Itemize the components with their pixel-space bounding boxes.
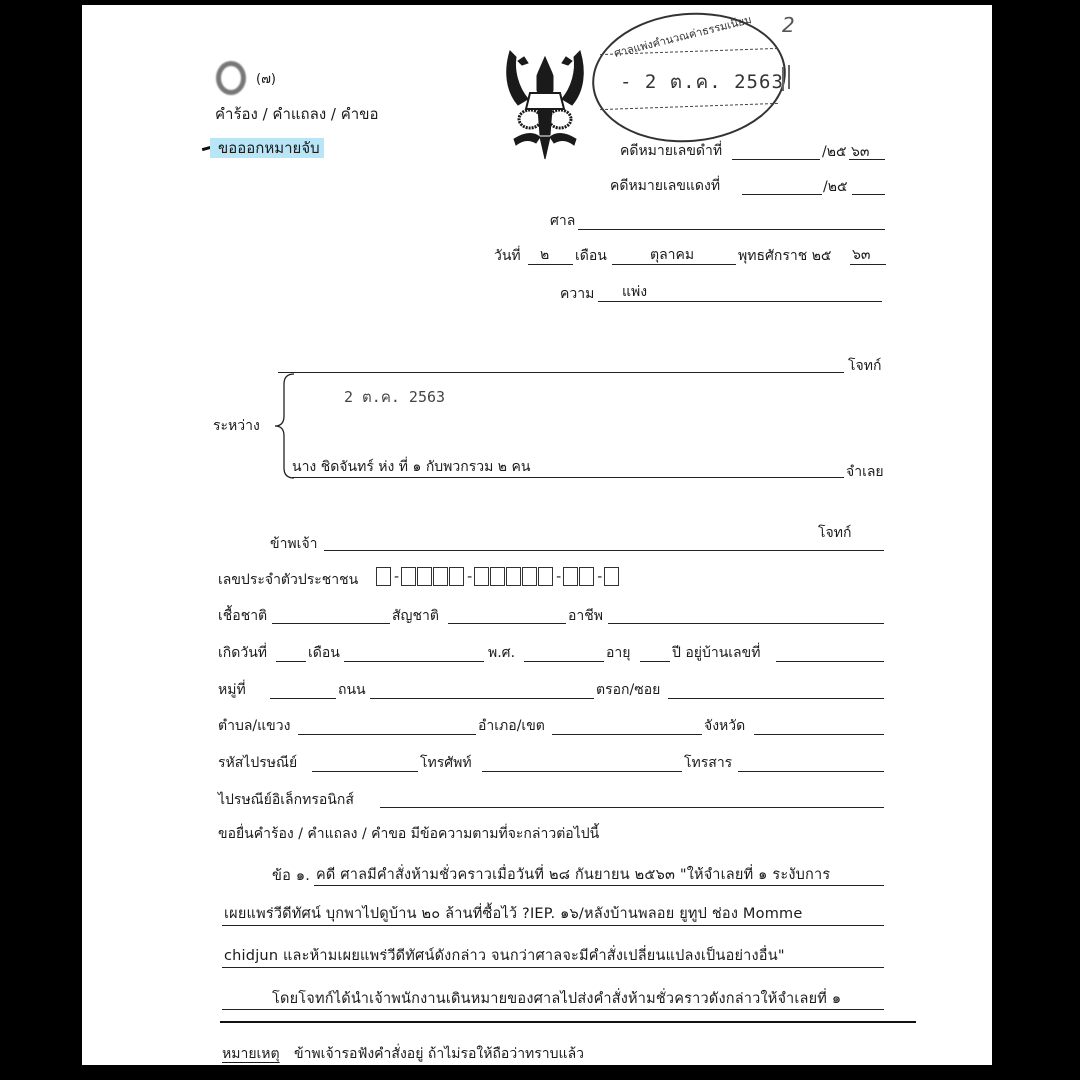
applicant-plaintiff-label: โจทก์ [818, 524, 851, 542]
clause-line-4: โดยโจทก์ได้นำเจ้าพนักงานเดินหมายของศาลไป… [272, 990, 841, 1008]
stamp-date: - 2 ต.ค. 2563 [620, 67, 784, 97]
id-digit-box[interactable] [401, 567, 416, 586]
note-text: ข้าพเจ้ารอฟังคำสั่งอยู่ ถ้าไม่รอให้ถือว่… [294, 1045, 584, 1063]
id-separator: - [597, 569, 602, 585]
form-type-heading: คำร้อง / คำแถลง / คำขอ [215, 105, 378, 123]
defendant-name[interactable]: นาง ชิดจันทร์ ห่ง ที่ ๑ กับพวกรวม ๒ คน [292, 458, 530, 476]
clause-line-1: คดี ศาลมีคำสั่งห้ามชั่วคราวเมื่อวันที่ ๒… [316, 866, 830, 884]
race-field[interactable] [272, 623, 390, 624]
year-value[interactable]: ๖๓ [852, 246, 870, 264]
intro-text: ขอยื่นคำร้อง / คำแถลง / คำขอ มีข้อความตา… [218, 825, 599, 843]
clause-label: ข้อ ๑. [272, 867, 310, 885]
plaintiff-name-field[interactable] [278, 372, 844, 373]
plaintiff-label: โจทก์ [848, 357, 881, 375]
id-digit-box[interactable] [376, 567, 391, 586]
house-no-field[interactable] [776, 661, 884, 662]
occupation-field[interactable] [608, 623, 884, 624]
house-no-label: ปี อยู่บ้านเลขที่ [672, 644, 760, 662]
fax-label: โทรสาร [684, 754, 732, 772]
nationality-label: สัญชาติ [392, 607, 439, 625]
born-month-field[interactable] [344, 661, 484, 662]
province-field[interactable] [754, 734, 884, 735]
id-digit-box[interactable] [474, 567, 489, 586]
court-petition-form: (๗) คำร้อง / คำแถลง / คำขอ ขอออกหมายจับ … [82, 5, 992, 1065]
received-stamp: 2 ต.ค. 2563 [344, 385, 445, 409]
matter-value[interactable]: แพ่ง [622, 283, 647, 301]
matter-label: ความ [560, 285, 594, 303]
red-case-year: /๒๕ [823, 178, 848, 196]
id-separator: - [394, 569, 399, 585]
clause-line-3: chidjun และห้ามเผยแพร่วีดีทัศน์ดังกล่าว … [224, 947, 785, 965]
alley-field[interactable] [668, 698, 884, 699]
id-digit-box[interactable] [604, 567, 619, 586]
occupation-label: อาชีพ [568, 607, 603, 625]
national-id-boxes[interactable]: ---- [376, 566, 620, 586]
day-label: วันที่ [494, 247, 521, 265]
phone-label: โทรศัพท์ [420, 754, 472, 772]
section-divider [220, 1021, 916, 1023]
race-label: เชื้อชาติ [218, 607, 267, 625]
born-day-label: เกิดวันที่ [218, 644, 267, 662]
id-separator: - [467, 569, 472, 585]
id-digit-box[interactable] [579, 567, 594, 586]
request-subject: ขอออกหมายจับ [210, 138, 324, 158]
garuda-emblem-icon [500, 43, 590, 161]
form-number: (๗) [256, 71, 276, 89]
id-digit-box[interactable] [449, 567, 464, 586]
black-case-label: คดีหมายเลขดำที่ [620, 142, 722, 160]
id-digit-box[interactable] [563, 567, 578, 586]
black-case-number-field[interactable] [732, 159, 820, 160]
age-label: อายุ [606, 644, 630, 662]
province-label: จังหวัด [704, 717, 745, 735]
defendant-label: จำเลย [846, 463, 884, 481]
district-label: อำเภอ/เขต [478, 717, 545, 735]
district-field[interactable] [552, 734, 702, 735]
court-label: ศาล [550, 212, 575, 230]
email-label: ไปรษณีย์อิเล็กทรอนิกส์ [218, 791, 354, 809]
red-case-number-field[interactable] [742, 194, 822, 195]
road-field[interactable] [370, 698, 594, 699]
born-month-label: เดือน [308, 644, 340, 662]
born-day-field[interactable] [276, 661, 306, 662]
alley-label: ตรอก/ซอย [596, 681, 660, 699]
fax-field[interactable] [738, 771, 884, 772]
id-separator: - [556, 569, 561, 585]
moo-field[interactable] [270, 698, 336, 699]
subdistrict-label: ตำบล/แขวง [218, 717, 290, 735]
postal-field[interactable] [312, 771, 418, 772]
red-case-label: คดีหมายเลขแดงที่ [610, 177, 720, 195]
day-value[interactable]: ๒ [540, 246, 549, 264]
note-label: หมายเหตุ [222, 1045, 280, 1063]
id-digit-box[interactable] [433, 567, 448, 586]
id-label: เลขประจำตัวประชาชน [218, 571, 358, 589]
court-field[interactable] [578, 229, 885, 230]
id-digit-box[interactable] [417, 567, 432, 586]
applicant-name-field[interactable] [324, 550, 884, 551]
id-digit-box[interactable] [522, 567, 537, 586]
between-label: ระหว่าง [213, 417, 260, 435]
month-value[interactable]: ตุลาคม [650, 246, 694, 264]
id-digit-box[interactable] [490, 567, 505, 586]
id-digit-box[interactable] [538, 567, 553, 586]
applicant-label: ข้าพเจ้า [270, 535, 318, 553]
be-label: พ.ศ. [488, 644, 515, 662]
age-field[interactable] [640, 661, 670, 662]
road-label: ถนน [338, 681, 366, 699]
stamp-handwritten-mark: 2 [782, 13, 795, 37]
email-field[interactable] [380, 807, 884, 808]
id-digit-box[interactable] [506, 567, 521, 586]
clause-line-2: เผยแพร่วีดีทัศน์ บุกพาไปดูบ้าน ๒๐ ล้านที… [224, 905, 802, 923]
moo-label: หมู่ที่ [218, 681, 246, 699]
month-label: เดือน [575, 247, 607, 265]
phone-field[interactable] [482, 771, 682, 772]
subdistrict-field[interactable] [298, 734, 476, 735]
year-label: พุทธศักราช ๒๕ [738, 247, 832, 265]
born-year-field[interactable] [524, 661, 604, 662]
nationality-field[interactable] [448, 623, 566, 624]
form-number-circle [216, 61, 246, 95]
postal-label: รหัสไปรษณีย์ [218, 754, 297, 772]
